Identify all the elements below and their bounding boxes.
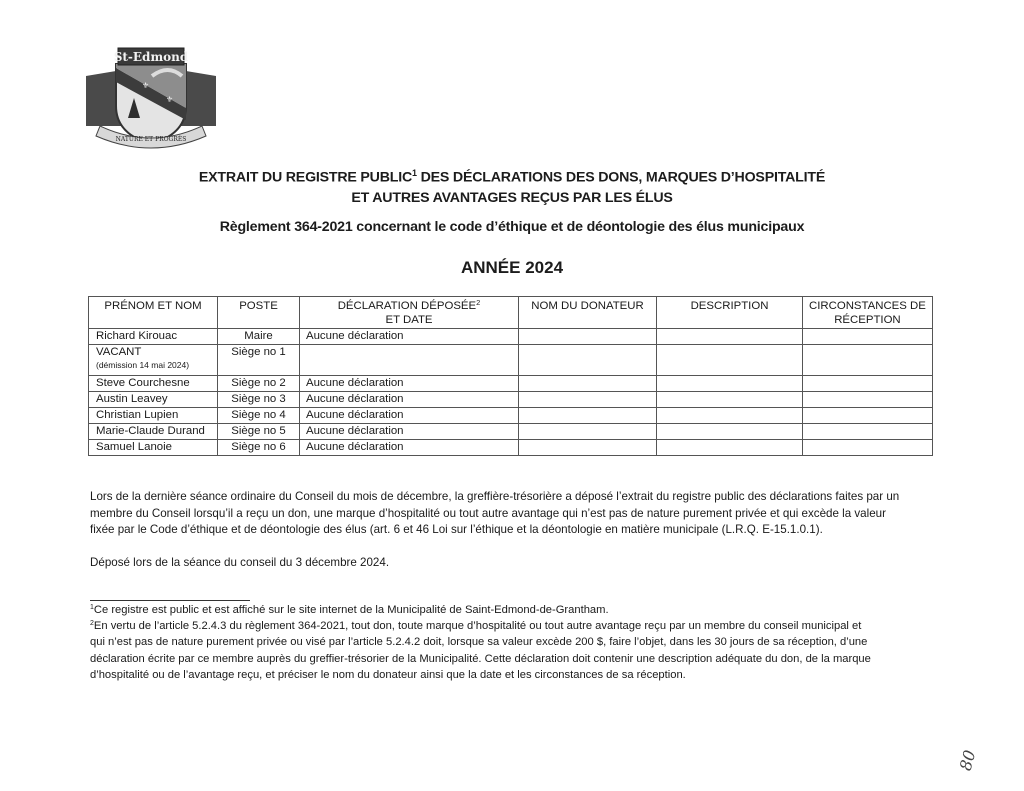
column-header-description: DESCRIPTION xyxy=(657,297,803,329)
table-row: Austin Leavey Siège no 3 Aucune déclarat… xyxy=(89,392,933,408)
cell-poste: Siège no 6 xyxy=(218,440,300,456)
cell-description xyxy=(657,376,803,392)
column-header-poste: POSTE xyxy=(218,297,300,329)
table-row: Marie-Claude Durand Siège no 5 Aucune dé… xyxy=(89,424,933,440)
cell-declaration: Aucune déclaration xyxy=(300,408,519,424)
column-header-name: PRÉNOM ET NOM xyxy=(89,297,218,329)
cell-donateur xyxy=(519,392,657,408)
cell-description xyxy=(657,392,803,408)
cell-description xyxy=(657,440,803,456)
cell-name: Richard Kirouac xyxy=(89,329,218,345)
cell-circonstances xyxy=(803,424,933,440)
cell-poste: Siège no 1 xyxy=(218,345,300,376)
cell-poste: Maire xyxy=(218,329,300,345)
footnote-2: 2En vertu de l’article 5.2.4.3 du règlem… xyxy=(90,618,940,683)
fleur-de-lis-icon: ⚜ xyxy=(166,95,173,104)
cell-circonstances xyxy=(803,345,933,376)
deposit-date: Déposé lors de la séance du conseil du 3… xyxy=(90,555,950,572)
deposit-statement: Lors de la dernière séance ordinaire du … xyxy=(90,489,950,539)
cell-donateur xyxy=(519,329,657,345)
deposit-statement-line: membre du Conseil lorsqu’il a reçu un do… xyxy=(90,506,950,523)
cell-donateur xyxy=(519,440,657,456)
cell-donateur xyxy=(519,345,657,376)
title-line1-part2: DES DÉCLARATIONS DES DONS, MARQUES D’HOS… xyxy=(417,170,825,186)
cell-poste: Siège no 2 xyxy=(218,376,300,392)
resignation-note: (démission 14 mai 2024) xyxy=(96,360,211,371)
footnote-1: 1Ce registre est public et est affiché s… xyxy=(90,602,940,618)
handwritten-page-number: 80 xyxy=(957,744,983,778)
cell-circonstances xyxy=(803,329,933,345)
year-heading: ANNÉE 2024 xyxy=(0,258,1024,278)
title-line1-part1: EXTRAIT DU REGISTRE PUBLIC xyxy=(199,170,412,186)
cell-circonstances xyxy=(803,408,933,424)
cell-declaration: Aucune déclaration xyxy=(300,424,519,440)
table-row: Richard Kirouac Maire Aucune déclaration xyxy=(89,329,933,345)
cell-declaration xyxy=(300,345,519,376)
footnotes: 1Ce registre est public et est affiché s… xyxy=(90,602,940,683)
cell-name: Austin Leavey xyxy=(89,392,218,408)
cell-donateur xyxy=(519,424,657,440)
table-row: Samuel Lanoie Siège no 6 Aucune déclarat… xyxy=(89,440,933,456)
cell-declaration: Aucune déclaration xyxy=(300,329,519,345)
register-table: PRÉNOM ET NOM POSTE DÉCLARATION DÉPOSÉE2… xyxy=(88,296,933,456)
cell-declaration: Aucune déclaration xyxy=(300,392,519,408)
cell-name: VACANT(démission 14 mai 2024) xyxy=(89,345,218,376)
cell-name: Samuel Lanoie xyxy=(89,440,218,456)
municipality-logo: ⚜ ⚜ St-Edmond NATURE ET PROGRÈS xyxy=(82,46,220,154)
table-row: Christian Lupien Siège no 4 Aucune décla… xyxy=(89,408,933,424)
cell-name: Christian Lupien xyxy=(89,408,218,424)
cell-description xyxy=(657,408,803,424)
deposit-statement-line: fixée par le Code d’éthique et de déonto… xyxy=(90,522,950,539)
table-row: VACANT(démission 14 mai 2024) Siège no 1 xyxy=(89,345,933,376)
cell-poste: Siège no 4 xyxy=(218,408,300,424)
logo-banner-text: St-Edmond xyxy=(114,50,189,64)
cell-description xyxy=(657,345,803,376)
cell-declaration: Aucune déclaration xyxy=(300,376,519,392)
document-title: EXTRAIT DU REGISTRE PUBLIC1 DES DÉCLARAT… xyxy=(0,163,1024,208)
logo-motto: NATURE ET PROGRÈS xyxy=(116,135,187,143)
cell-circonstances xyxy=(803,392,933,408)
column-header-circonstances: CIRCONSTANCES DERÉCEPTION xyxy=(803,297,933,329)
regulation-subtitle: Règlement 364-2021 concernant le code d’… xyxy=(0,219,1024,235)
column-header-declaration: DÉCLARATION DÉPOSÉE2ET DATE xyxy=(300,297,519,329)
title-line2: ET AUTRES AVANTAGES REÇUS PAR LES ÉLUS xyxy=(0,188,1024,208)
footnote-ref-2: 2 xyxy=(476,298,480,307)
cell-circonstances xyxy=(803,440,933,456)
vacant-label: VACANT xyxy=(96,346,141,358)
table-header-row: PRÉNOM ET NOM POSTE DÉCLARATION DÉPOSÉE2… xyxy=(89,297,933,329)
fleur-de-lis-icon: ⚜ xyxy=(142,81,149,90)
column-header-donateur: NOM DU DONATEUR xyxy=(519,297,657,329)
footnote-divider xyxy=(90,600,250,601)
cell-description xyxy=(657,424,803,440)
cell-poste: Siège no 5 xyxy=(218,424,300,440)
cell-name: Steve Courchesne xyxy=(89,376,218,392)
cell-circonstances xyxy=(803,376,933,392)
deposit-statement-line: Lors de la dernière séance ordinaire du … xyxy=(90,489,950,506)
table-row: Steve Courchesne Siège no 2 Aucune décla… xyxy=(89,376,933,392)
cell-donateur xyxy=(519,376,657,392)
cell-description xyxy=(657,329,803,345)
svg-text:80: 80 xyxy=(957,748,979,773)
cell-donateur xyxy=(519,408,657,424)
cell-poste: Siège no 3 xyxy=(218,392,300,408)
cell-name: Marie-Claude Durand xyxy=(89,424,218,440)
cell-declaration: Aucune déclaration xyxy=(300,440,519,456)
